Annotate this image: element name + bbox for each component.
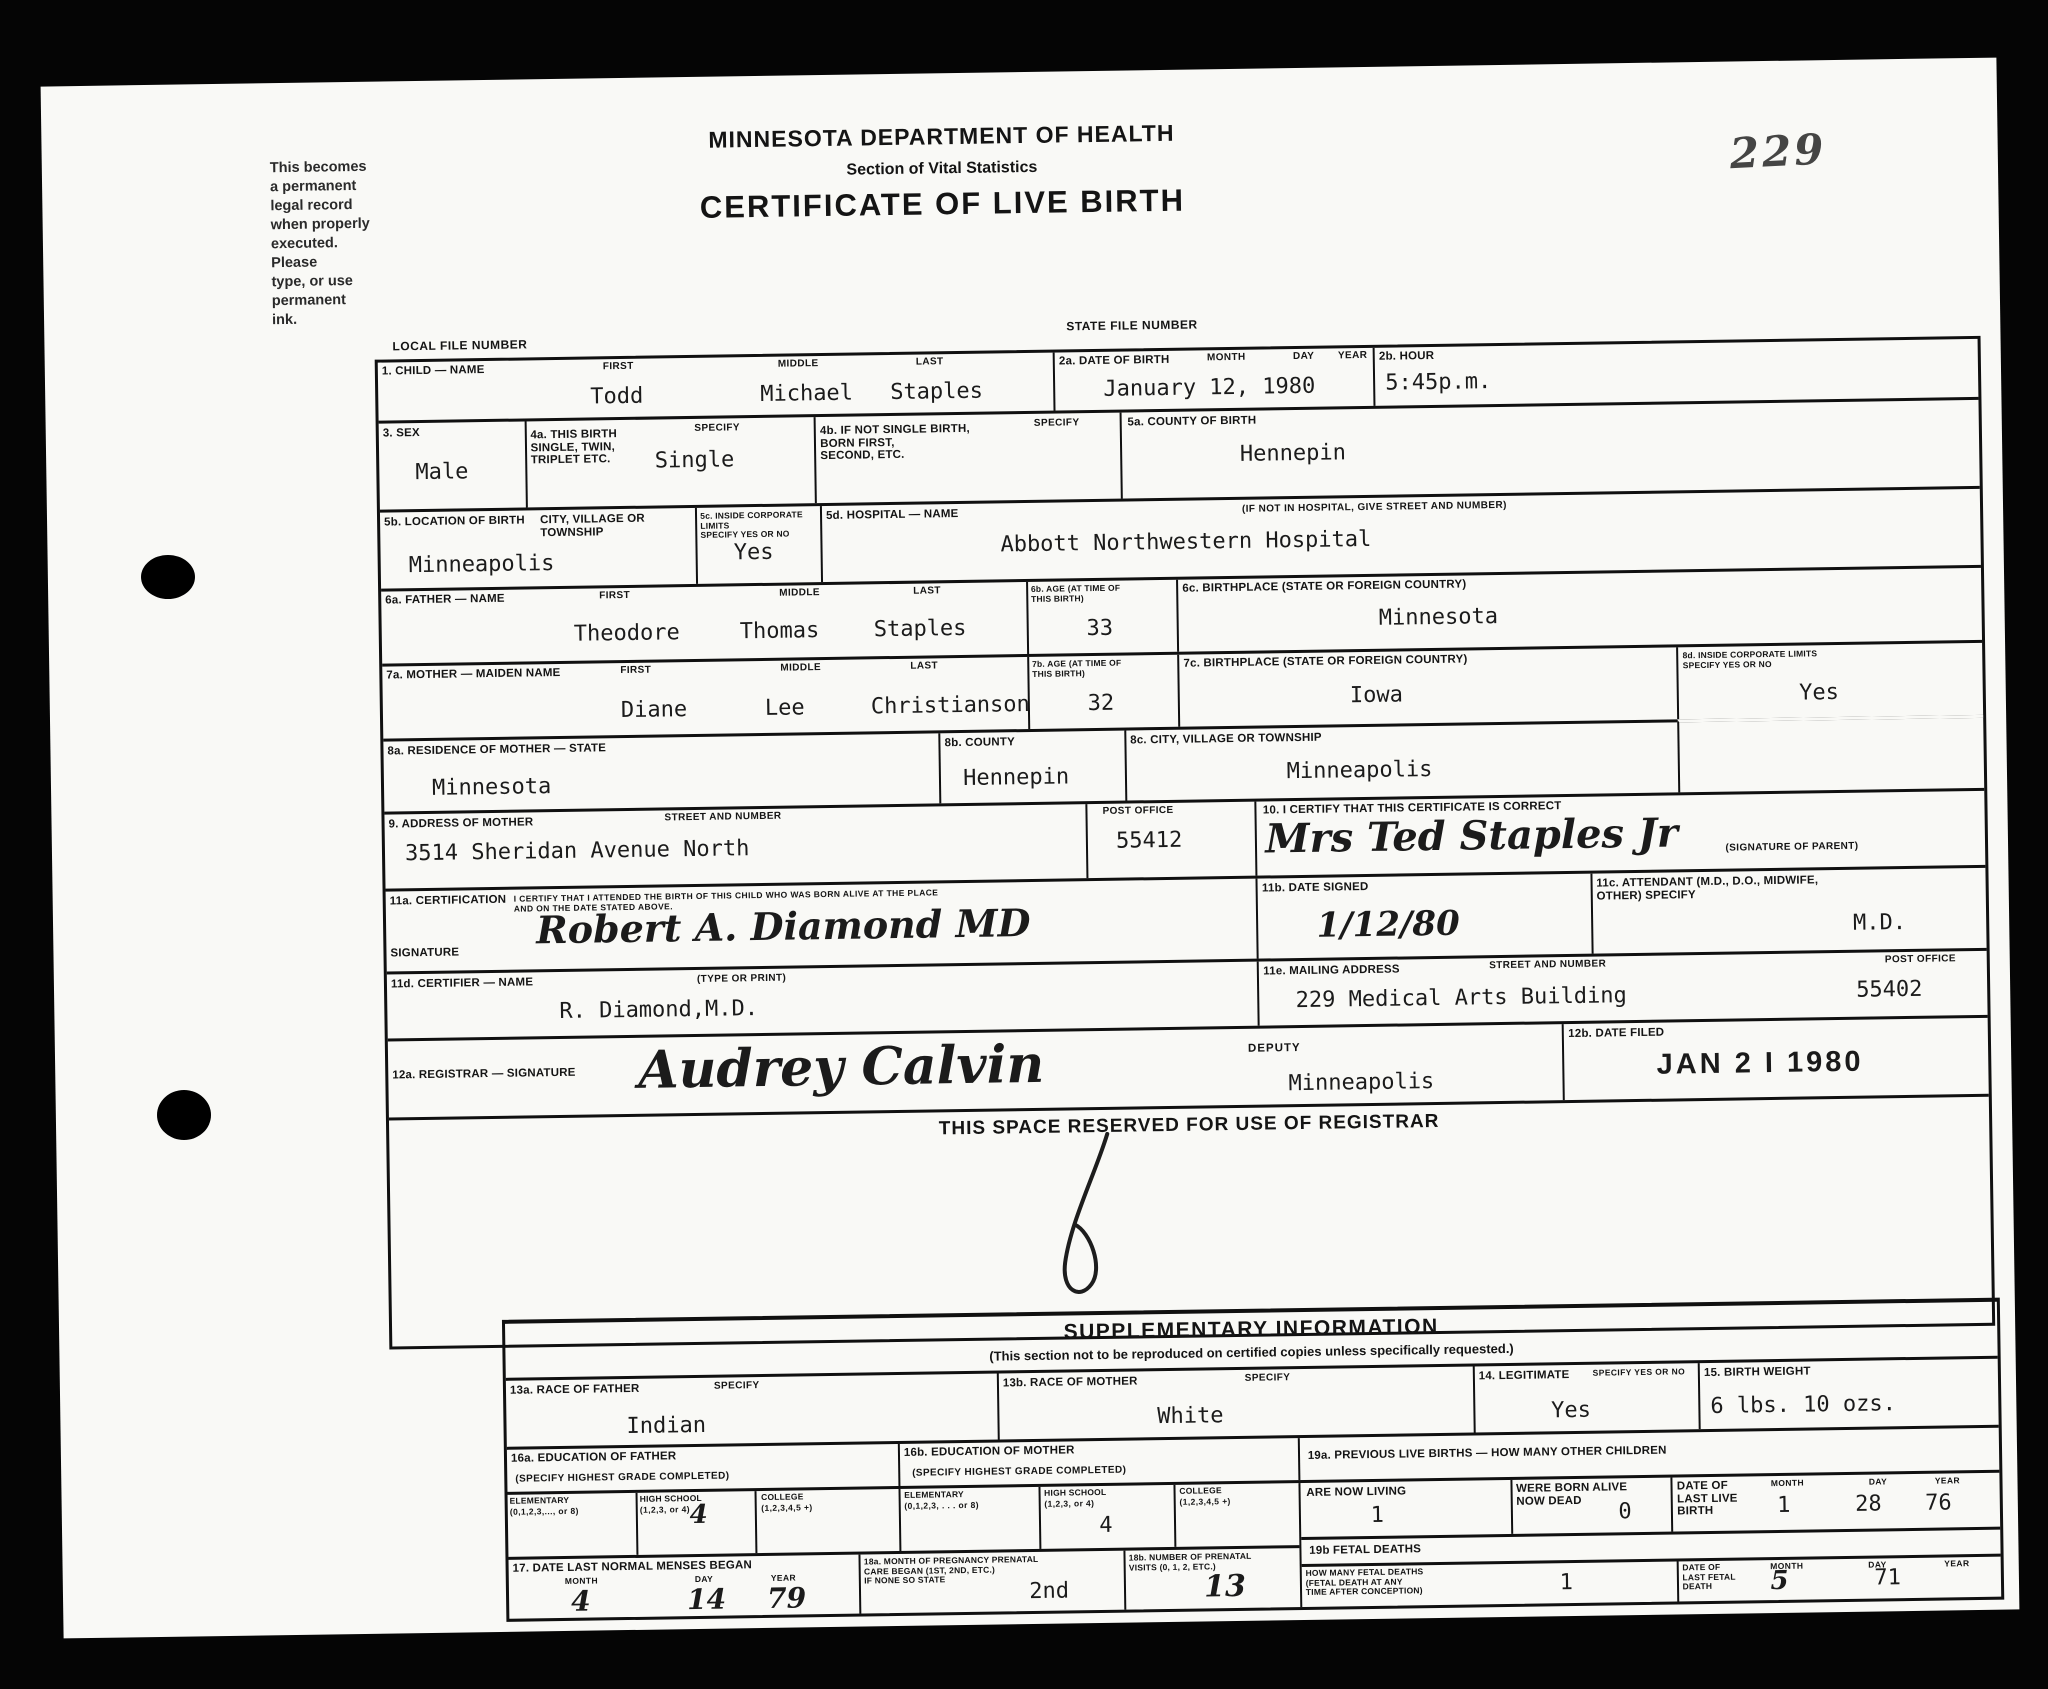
race-of-father-value: Indian (626, 1414, 706, 1439)
field-father-birthplace: 6c. BIRTHPLACE (STATE OR FOREIGN COUNTRY… (1176, 568, 1982, 652)
field-born-alive-now-dead: WERE BORN ALIVE NOW DEAD 0 (1510, 1478, 1672, 1534)
field-label: 9. ADDRESS OF MOTHER (388, 816, 533, 831)
mother-age-value: 32 (1087, 692, 1114, 716)
race-of-mother-value: White (1157, 1404, 1224, 1429)
year-label: YEAR (1338, 350, 1368, 361)
education-subcells: ELEMENTARY (0,1,2,3,..., or 8) HIGH SCHO… (508, 1483, 1300, 1560)
post-office-value: 55412 (1116, 829, 1183, 854)
middle-label: MIDDLE (778, 358, 819, 370)
cell-divider (1085, 804, 1088, 878)
section-subtitle: Section of Vital Statistics (522, 154, 1362, 184)
middle-label: MIDDLE (780, 662, 821, 674)
field-label: 7b. AGE (AT TIME OF THIS BIRTH) (1032, 659, 1122, 679)
deputy-label: DEPUTY (1248, 1042, 1301, 1055)
local-file-number-label: LOCAL FILE NUMBER (392, 337, 527, 353)
field-now-living: ARE NOW LIVING 1 (1300, 1480, 1511, 1537)
field-inside-corporate-limits-8d: 8d. INSIDE CORPORATE LIMITS SPECIFY YES … (1676, 643, 1983, 720)
mother-college-cell: COLLEGE (1,2,3,4,5 +) (1173, 1483, 1299, 1547)
menses-month-value: 4 (571, 1585, 591, 1618)
last-label: LAST (910, 660, 938, 671)
field-date-last-fetal-death: DATE OF LAST FETAL DEATH MONTH DAY YEAR … (1676, 1557, 2001, 1602)
field-legitimate: 14. LEGITIMATE SPECIFY YES OR NO Yes (1473, 1363, 1699, 1432)
field-label: ARE NOW LIVING (1306, 1485, 1406, 1499)
fetal-death-year-value: 71 (1874, 1566, 1901, 1590)
child-first-name: Todd (590, 385, 643, 410)
field-child-name: 1. CHILD — NAME FIRST MIDDLE LAST Todd M… (378, 353, 1054, 421)
field-label: 5d. HOSPITAL — NAME (826, 508, 959, 522)
field-date-signed: 11b. DATE SIGNED 1/12/80 (1256, 874, 1592, 959)
field-label: DATE OF LAST FETAL DEATH (1682, 1562, 1762, 1592)
previous-births-subcells: ARE NOW LIVING 1 WERE BORN ALIVE NOW DEA… (1300, 1473, 2000, 1540)
field-label: 6c. BIRTHPLACE (STATE OR FOREIGN COUNTRY… (1182, 578, 1466, 595)
field-label: 5b. LOCATION OF BIRTH (384, 514, 534, 529)
field-label: 8a. RESIDENCE OF MOTHER — STATE (387, 742, 606, 758)
hour-value: 5:45p.m. (1385, 370, 1491, 396)
last-label: LAST (916, 356, 944, 367)
field-prenatal-visits: 18b. NUMBER OF PRENATAL VISITS (0, 1, 2,… (1124, 1548, 1300, 1610)
corporate-limits-value: Yes (734, 541, 774, 566)
field-mailing-address: 11e. MAILING ADDRESS STREET AND NUMBER P… (1257, 951, 1987, 1026)
first-label: FIRST (603, 361, 634, 372)
field-label: 19a. PREVIOUS LIVE BIRTHS — HOW MANY OTH… (1308, 1445, 1667, 1463)
field-label: 16a. EDUCATION OF FATHER (511, 1450, 677, 1465)
residence-state-value: Minnesota (432, 775, 552, 801)
mother-high-school-value: 4 (1099, 1514, 1113, 1538)
menses-day-value: 14 (687, 1583, 726, 1617)
mother-middle-name: Lee (765, 696, 805, 721)
date-filed-stamp: JAN 2 I 1980 (1656, 1046, 1863, 1082)
now-dead-value: 0 (1618, 1500, 1632, 1524)
field-residence-city: 8c. CITY, VILLAGE OR TOWNSHIP Minneapoli… (1124, 722, 1679, 800)
column-range: (1,2,3,4,5 +) (761, 1503, 812, 1513)
field-label: 18a. MONTH OF PREGNANCY PRENATAL CARE BE… (864, 1554, 1114, 1586)
field-residence-of-mother: 8a. RESIDENCE OF MOTHER — STATE Minnesot… (383, 733, 939, 811)
field-label: 8d. INSIDE CORPORATE LIMITS SPECIFY YES … (1683, 649, 1823, 670)
field-residence-county: 8b. COUNTY Hennepin (938, 731, 1125, 804)
parent-signature: Mrs Ted Staples Jr (1265, 809, 1678, 862)
field-label: 8c. CITY, VILLAGE OR TOWNSHIP (1130, 732, 1322, 747)
field-sex: 3. SEX Male (379, 421, 526, 509)
prenatal-visits-value: 13 (1204, 1569, 1246, 1605)
field-mother-name: 7a. MOTHER — MAIDEN NAME FIRST MIDDLE LA… (382, 657, 1028, 739)
field-label: 11e. MAILING ADDRESS (1263, 964, 1400, 979)
field-label: 5a. COUNTY OF BIRTH (1127, 415, 1256, 429)
now-living-value: 1 (1371, 1504, 1385, 1528)
field-attendant: 11c. ATTENDANT (M.D., D.O., MIDWIFE, OTH… (1590, 868, 1986, 954)
mother-birthplace-value: Iowa (1350, 683, 1403, 708)
document-header: MINNESOTA DEPARTMENT OF HEALTH Section o… (521, 117, 1362, 228)
field-label: DATE OF LAST LIVE BIRTH (1677, 1479, 1758, 1518)
specify-label: SPECIFY (1245, 1372, 1291, 1384)
field-race-of-father: 13a. RACE OF FATHER SPECIFY Indian (506, 1374, 998, 1447)
row-bottom-details: ELEMENTARY (0,1,2,3,..., or 8) HIGH SCHO… (507, 1470, 2001, 1619)
column-header: ELEMENTARY (904, 1490, 964, 1500)
bottom-left-column: ELEMENTARY (0,1,2,3,..., or 8) HIGH SCHO… (508, 1483, 1301, 1619)
child-last-name: Staples (890, 380, 983, 405)
column-header: COLLEGE (1179, 1486, 1222, 1496)
field-hour: 2b. HOUR 5:45p.m. (1373, 339, 1979, 406)
last-birth-month-value: 1 (1777, 1494, 1791, 1518)
child-middle-name: Michael (760, 382, 853, 407)
attendant-value: M.D. (1853, 911, 1906, 936)
state-file-number-label: STATE FILE NUMBER (1066, 317, 1198, 333)
scanned-birth-certificate: { "margin_note": "This becomes\na perman… (0, 0, 2048, 1689)
certifier-name-value: R. Diamond,M.D. (559, 997, 758, 1024)
field-sublabel: (SPECIFY HIGHEST GRADE COMPLETED) (912, 1465, 1126, 1479)
field-parent-certification: 10. I CERTIFY THAT THIS CERTIFICATE IS C… (1255, 791, 1986, 876)
father-high-school-value: 4 (689, 1500, 708, 1530)
field-sublabel: (SPECIFY HIGHEST GRADE COMPLETED) (515, 1471, 729, 1485)
supplementary-section: SUPPLEMENTARY INFORMATION (This section … (502, 1298, 2004, 1622)
hospital-value: Abbott Northwestern Hospital (1000, 528, 1371, 557)
field-label: 11a. CERTIFICATION (390, 894, 507, 908)
field-label: 12b. DATE FILED (1568, 1027, 1664, 1041)
field-prenatal-care-began: 18a. MONTH OF PREGNANCY PRENATAL CARE BE… (859, 1551, 1125, 1614)
field-father-age: 6b. AGE (AT TIME OF THIS BIRTH) 33 (1026, 580, 1177, 654)
middle-label: MIDDLE (779, 587, 820, 599)
column-header: ELEMENTARY (510, 1496, 570, 1506)
specify-label: SPECIFY YES OR NO (1593, 1367, 1686, 1378)
first-label: FIRST (599, 590, 630, 601)
main-form: 1. CHILD — NAME FIRST MIDDLE LAST Todd M… (375, 336, 1996, 1350)
corporate-limits-residence-value: Yes (1799, 681, 1839, 706)
specify-label: SPECIFY (1034, 417, 1080, 429)
registrar-city-value: Minneapolis (1288, 1070, 1434, 1096)
year-label: YEAR (1935, 1476, 1960, 1486)
father-middle-name: Thomas (740, 619, 820, 644)
specify-label: SPECIFY (694, 422, 740, 434)
registrar-flourish-mark (1029, 1131, 1152, 1303)
field-date-last-live-birth: DATE OF LAST LIVE BIRTH MONTH DAY YEAR 1… (1671, 1473, 2000, 1532)
father-age-value: 33 (1086, 617, 1113, 641)
field-sublabel: CITY, VILLAGE OR TOWNSHIP (540, 513, 645, 540)
field-father-name: 6a. FATHER — NAME FIRST MIDDLE LAST Theo… (381, 582, 1027, 664)
physician-signature: Robert A. Diamond MD (536, 900, 1031, 952)
field-label: 8b. COUNTY (945, 736, 1016, 750)
column-range: (1,2,3, or 4) (1044, 1499, 1094, 1509)
street-label: STREET AND NUMBER (664, 811, 781, 824)
first-label: FIRST (620, 665, 651, 676)
last-birth-year-value: 76 (1925, 1491, 1952, 1515)
field-county-of-birth: 5a. COUNTY OF BIRTH Hennepin (1119, 400, 1979, 499)
field-race-of-mother: 13b. RACE OF MOTHER SPECIFY White (997, 1366, 1474, 1439)
type-or-print-label: (TYPE OR PRINT) (697, 973, 786, 985)
field-date-of-birth: 2a. DATE OF BIRTH MONTH DAY YEAR January… (1053, 348, 1374, 411)
father-high-school-cell: HIGH SCHOOL (1,2,3, or 4) 4 (636, 1491, 756, 1555)
field-date-filed: 12b. DATE FILED JAN 2 I 1980 (1562, 1018, 1989, 1100)
field-label: 11c. ATTENDANT (M.D., D.O., MIDWIFE, OTH… (1596, 874, 1818, 902)
post-office-label: POST OFFICE (1102, 805, 1173, 817)
prenatal-care-value: 2nd (1029, 1580, 1069, 1605)
date-signed-value: 1/12/80 (1316, 904, 1460, 946)
field-label: 12a. REGISTRAR — SIGNATURE (392, 1067, 575, 1082)
field-mother-age: 7b. AGE (AT TIME OF THIS BIRTH) 32 (1027, 655, 1178, 729)
field-label: 3. SEX (383, 427, 420, 440)
field-not-single-birth: 4b. IF NOT SINGLE BIRTH, BORN FIRST, SEC… (814, 413, 1121, 504)
birth-weight-value: 6 lbs. 10 ozs. (1710, 1392, 1896, 1419)
field-label: 5c. INSIDE CORPORATE LIMITS SPECIFY YES … (700, 510, 818, 540)
field-label: 13a. RACE OF FATHER (510, 1383, 640, 1397)
field-sublabel: (IF NOT IN HOSPITAL, GIVE STREET AND NUM… (1242, 500, 1507, 515)
signature-of-parent-label: (SIGNATURE OF PARENT) (1725, 841, 1858, 854)
column-header: HIGH SCHOOL (1044, 1488, 1106, 1498)
county-of-birth-value: Hennepin (1240, 441, 1346, 467)
sex-value: Male (415, 460, 468, 485)
field-label: 14. LEGITIMATE (1479, 1369, 1570, 1383)
field-education-of-father-header: 16a. EDUCATION OF FATHER (SPECIFY HIGHES… (507, 1444, 898, 1492)
mailing-post-office-value: 55402 (1856, 978, 1923, 1003)
field-location-of-birth: 5b. LOCATION OF BIRTH CITY, VILLAGE OR T… (380, 508, 696, 589)
month-label: MONTH (1771, 1479, 1804, 1489)
mother-address-value: 3514 Sheridan Avenue North (405, 837, 750, 866)
specify-label: SPECIFY (714, 1380, 760, 1392)
field-label: 11d. CERTIFIER — NAME (391, 976, 533, 991)
field-this-birth: 4a. THIS BIRTH SINGLE, TWIN, TRIPLET ETC… (524, 417, 815, 507)
mailing-address-value: 229 Medical Arts Building (1296, 984, 1627, 1013)
field-corporate-limits-continuation (1678, 715, 1985, 793)
column-range: (0,1,2,3,..., or 8) (510, 1507, 579, 1518)
month-label: MONTH (1207, 352, 1246, 364)
field-label: 7c. BIRTHPLACE (STATE OR FOREIGN COUNTRY… (1183, 653, 1467, 670)
field-label: 13b. RACE OF MOTHER (1003, 1375, 1138, 1389)
margin-note: This becomes a permanent legal record wh… (270, 157, 423, 330)
mother-last-name: Christianson (871, 693, 1030, 719)
field-label: 2a. DATE OF BIRTH (1059, 354, 1170, 368)
column-range: (1,2,3,4,5 +) (1179, 1497, 1230, 1507)
father-birthplace-value: Minnesota (1379, 605, 1499, 631)
field-label: 4a. THIS BIRTH SINGLE, TWIN, TRIPLET ETC… (530, 428, 617, 467)
registrar-signature: Audrey Calvin (638, 1034, 1045, 1101)
handwritten-page-number: 229 (1729, 124, 1828, 178)
field-label: 16b. EDUCATION OF MOTHER (904, 1444, 1075, 1459)
field-mother-address: 9. ADDRESS OF MOTHER STREET AND NUMBER 3… (384, 802, 1255, 889)
field-how-many-fetal-deaths: HOW MANY FETAL DEATHS (FETAL DEATH AT AN… (1301, 1561, 1676, 1607)
mother-elementary-cell: ELEMENTARY (0,1,2,3, . . . or 8) (898, 1487, 1039, 1551)
last-label: LAST (913, 585, 941, 596)
punch-hole-top (141, 555, 195, 599)
menses-year-value: 79 (767, 1581, 806, 1615)
menses-prenatal-row: 17. DATE LAST NORMAL MENSES BEGAN MONTH … (509, 1548, 1301, 1619)
field-label: 19b FETAL DEATHS (1309, 1543, 1421, 1557)
field-label: HOW MANY FETAL DEATHS (FETAL DEATH AT AN… (1305, 1565, 1545, 1597)
field-label: 7a. MOTHER — MAIDEN NAME (386, 667, 560, 682)
father-elementary-cell: ELEMENTARY (0,1,2,3,..., or 8) (508, 1493, 637, 1557)
date-of-birth-value: January 12, 1980 (1103, 375, 1315, 402)
residence-county-value: Hennepin (963, 765, 1069, 791)
certificate-page: This becomes a permanent legal record wh… (41, 58, 2020, 1639)
department-title: MINNESOTA DEPARTMENT OF HEALTH (521, 117, 1361, 156)
field-education-of-mother-header: 16b. EDUCATION OF MOTHER (SPECIFY HIGHES… (898, 1438, 1298, 1486)
field-birth-weight: 15. BIRTH WEIGHT 6 lbs. 10 ozs. (1698, 1359, 1999, 1429)
day-label: DAY (1293, 351, 1315, 362)
field-inside-corporate-limits-5c: 5c. INSIDE CORPORATE LIMITS SPECIFY YES … (695, 506, 821, 584)
field-label: 4b. IF NOT SINGLE BIRTH, BORN FIRST, SEC… (820, 423, 970, 463)
field-label: 6a. FATHER — NAME (385, 593, 505, 607)
column-range: (1,2,3, or 4) (640, 1505, 690, 1515)
fetal-death-month-value: 5 (1770, 1566, 1789, 1596)
column-header: COLLEGE (761, 1492, 804, 1502)
punch-hole-bottom (157, 1090, 211, 1140)
location-value: Minneapolis (409, 552, 555, 578)
last-birth-day-value: 28 (1855, 1492, 1882, 1516)
field-last-menses: 17. DATE LAST NORMAL MENSES BEGAN MONTH … (509, 1555, 860, 1619)
residence-city-value: Minneapolis (1287, 758, 1433, 784)
field-label: 17. DATE LAST NORMAL MENSES BEGAN (513, 1559, 753, 1575)
certificate-title: CERTIFICATE OF LIVE BIRTH (522, 180, 1362, 228)
legitimate-value: Yes (1551, 1399, 1591, 1424)
field-label: 6b. AGE (AT TIME OF THIS BIRTH) (1031, 584, 1121, 604)
this-birth-value: Single (655, 448, 735, 473)
mother-high-school-cell: HIGH SCHOOL (1,2,3, or 4) 4 (1038, 1485, 1174, 1549)
father-college-cell: COLLEGE (1,2,3,4,5 +) (755, 1489, 899, 1553)
signature-label: SIGNATURE (390, 946, 459, 960)
day-label: DAY (1869, 1477, 1888, 1487)
column-range: (0,1,2,3, . . . or 8) (904, 1501, 979, 1512)
field-label: 2b. HOUR (1379, 350, 1434, 363)
bottom-right-column: ARE NOW LIVING 1 WERE BORN ALIVE NOW DEA… (1298, 1473, 2001, 1607)
father-first-name: Theodore (574, 621, 680, 647)
fetal-deaths-count-value: 1 (1560, 1571, 1574, 1595)
mother-first-name: Diane (621, 698, 688, 723)
field-label: 15. BIRTH WEIGHT (1704, 1365, 1811, 1379)
field-mother-birthplace: 7c. BIRTHPLACE (STATE OR FOREIGN COUNTRY… (1177, 647, 1677, 726)
street-label: STREET AND NUMBER (1489, 958, 1606, 971)
father-last-name: Staples (874, 617, 967, 642)
field-label: 1. CHILD — NAME (382, 364, 485, 378)
field-label: 11b. DATE SIGNED (1262, 881, 1369, 895)
post-office-label: POST OFFICE (1885, 953, 1956, 965)
year-label: YEAR (1944, 1559, 1969, 1569)
field-certification: 11a. CERTIFICATION I CERTIFY THAT I ATTE… (386, 879, 1257, 972)
